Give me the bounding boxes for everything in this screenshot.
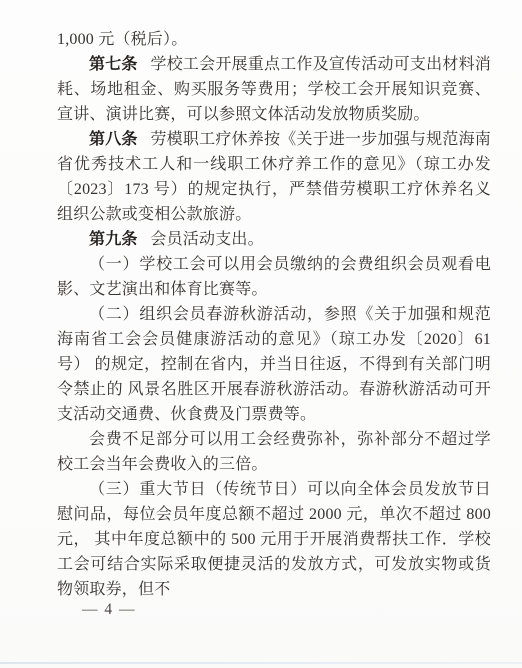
paragraph-article-8: 第八条劳模职工疗休养按《关于进一步加强与规范海南省优秀技术工人和一线职工休疗养工… [57,127,491,227]
paragraph: 1,000 元（税后）。 [57,27,491,52]
document-page: 1,000 元（税后）。 第七条学校工会开展重点工作及宣传活动可支出材料消耗、场… [0,0,522,668]
article-number: 第八条 [89,131,138,148]
page-edge-line [0,662,522,664]
document-body: 1,000 元（税后）。 第七条学校工会开展重点工作及宣传活动可支出材料消耗、场… [57,27,491,602]
paragraph-item-2: （二）组织会员春游秋游活动，参照《关于加强和规范海南省工会会员健康游活动的意见》… [57,302,491,427]
paragraph-article-7: 第七条学校工会开展重点工作及宣传活动可支出材料消耗、场地租金、购买服务等费用；学… [57,52,491,127]
paragraph-text: （二）组织会员春游秋游活动，参照《关于加强和规范海南省工会会员健康游活动的意见》… [57,306,491,423]
paragraph-article-9: 第九条会员活动支出。 [57,227,491,252]
paragraph-item-3: （三）重大节日（传统节日）可以向全体会员发放节日慰问品，每位会员年度总额不超过 … [57,477,491,602]
paragraph-text: 1,000 元（税后）。 [57,31,187,48]
paragraph-text: 会费不足部分可以用工会经费弥补，弥补部分不超过学校工会当年会费收入的三倍。 [57,431,491,473]
paragraph-text: （一）学校工会可以用会员缴纳的会费组织会员观看电影、文艺演出和体育比赛等。 [57,256,491,298]
paragraph-text: 会员活动支出。 [150,231,263,248]
article-number: 第九条 [89,231,138,248]
page-number: — 4 — [82,601,136,619]
paragraph-item-1: （一）学校工会可以用会员缴纳的会费组织会员观看电影、文艺演出和体育比赛等。 [57,252,491,302]
paragraph-supplement: 会费不足部分可以用工会经费弥补，弥补部分不超过学校工会当年会费收入的三倍。 [57,427,491,477]
article-number: 第七条 [89,56,138,73]
paragraph-text: （三）重大节日（传统节日）可以向全体会员发放节日慰问品，每位会员年度总额不超过 … [57,481,491,598]
